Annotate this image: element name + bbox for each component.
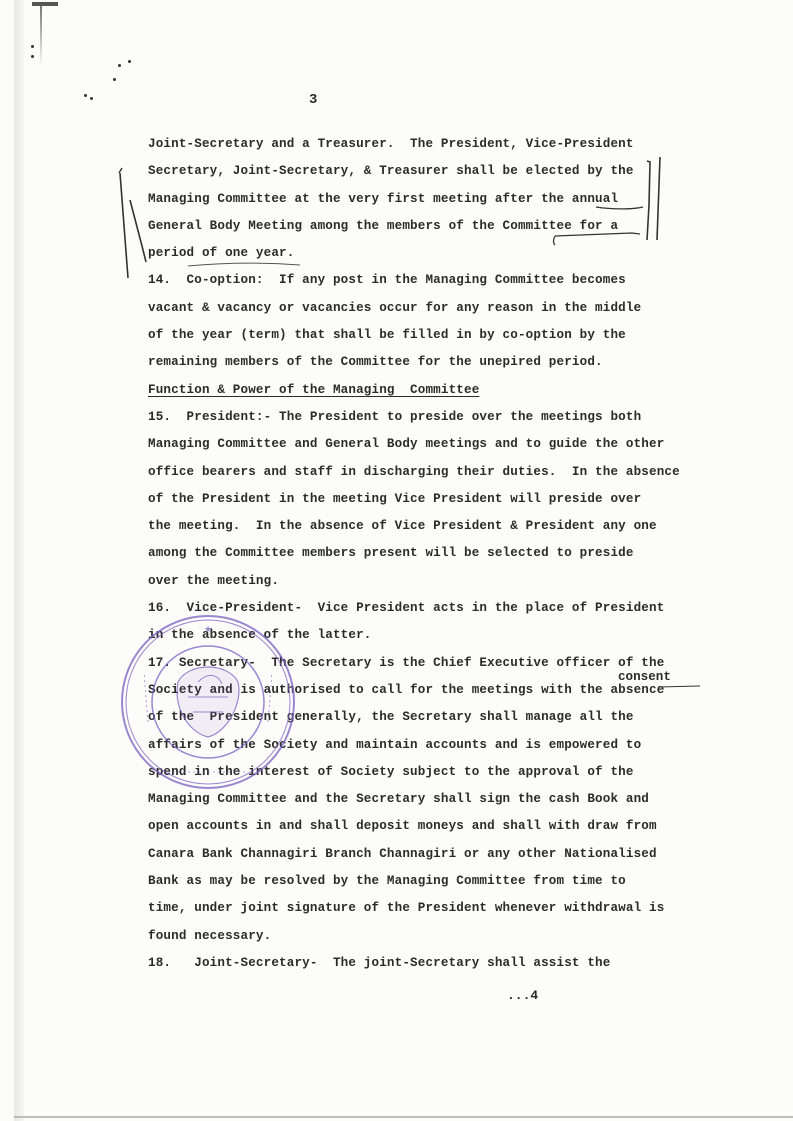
pen-annotations [0,0,793,1121]
scanned-page: 3 Joint-Secretary and a Treasurer. The P… [0,0,793,1121]
svg-text:★: ★ [204,625,212,635]
rubber-stamp: ★ [118,612,298,792]
